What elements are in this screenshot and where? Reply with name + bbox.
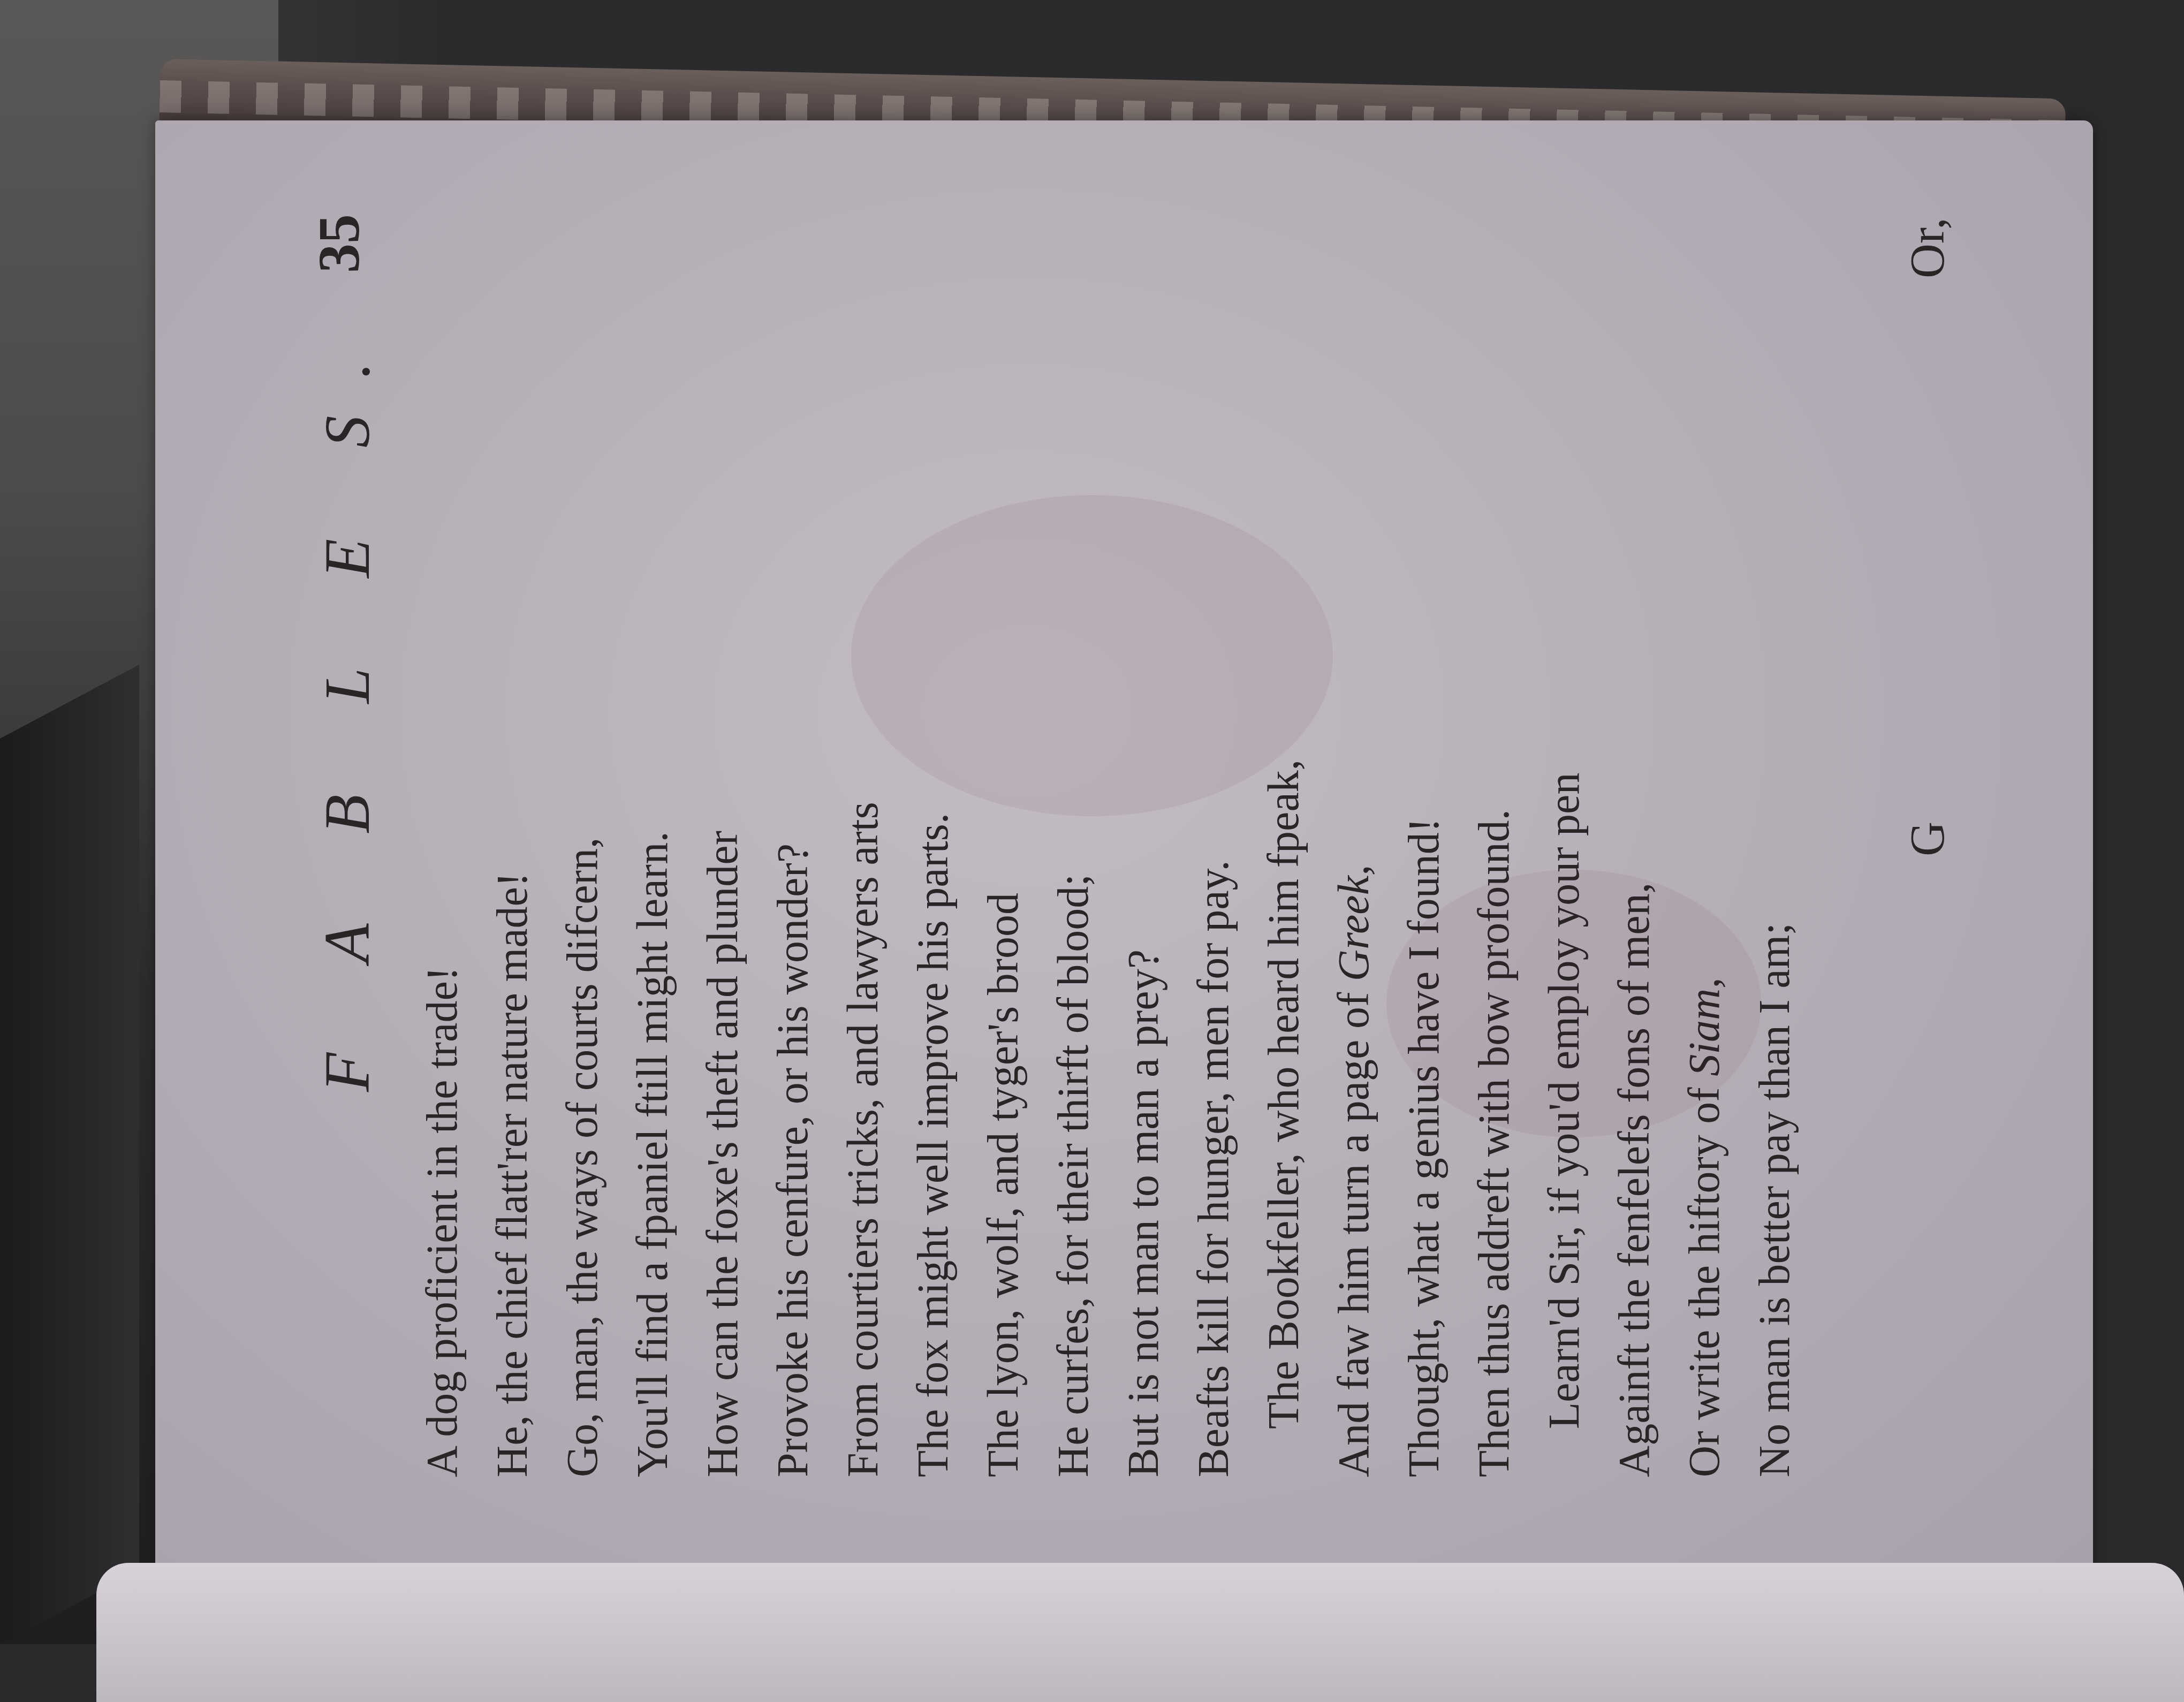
verse-line: Againft the fenfelefs fons of men,	[1599, 759, 1669, 1477]
shelf-shadow	[0, 665, 139, 1644]
verse-line: He, the chief flatt'rer nature made!	[477, 759, 547, 1477]
signature-mark: G	[1900, 822, 1955, 856]
verse-line: The lyon, wolf, and tyger's brood	[968, 759, 1038, 1477]
verse-line: You'll find a fpaniel ftill might learn.	[617, 759, 687, 1477]
verse-line: Or write the hiftory of Siam,	[1669, 759, 1739, 1477]
verse-line: But is not man to man a prey?	[1108, 759, 1178, 1477]
verse-line: Then thus addreft with bow profound.	[1459, 759, 1529, 1477]
verse-line: A dog proficient in the trade!	[407, 759, 477, 1477]
verse-line: Provoke his cenfure, or his wonder?	[757, 759, 828, 1477]
photo-background: F A B L E S. 35 A dog proficient in the …	[0, 0, 2184, 1644]
verse-line: Go, man, the ways of courts difcern,	[547, 759, 617, 1477]
verse-line: He curfes, for their thirft of blood;	[1038, 759, 1108, 1477]
verse-lines: A dog proficient in the trade! He, the c…	[407, 759, 1809, 1477]
verse-line: Thought, what a genius have I found!	[1389, 759, 1459, 1477]
running-title: F A B L E S.	[310, 325, 384, 1092]
running-head: F A B L E S. 35	[300, 139, 391, 1477]
facing-page-edge	[96, 1563, 2184, 1644]
verse-line: Beafts kill for hunger, men for pay.	[1178, 759, 1248, 1477]
verse-line: And faw him turn a page of Greek,	[1318, 759, 1389, 1477]
verse-line: Learn'd Sir, if you'd employ your pen	[1529, 759, 1599, 1477]
page-number: 35	[305, 214, 373, 273]
verse-line: The fox might well improve his parts.	[898, 759, 968, 1477]
printed-text-block: F A B L E S. 35 A dog proficient in the …	[300, 139, 1906, 1477]
verse-line: How can the foxe's theft and plunder	[687, 759, 757, 1477]
catchword: Or,	[1900, 217, 1955, 278]
verse-line: From courtiers tricks, and lawyers arts	[828, 759, 898, 1477]
verse-line: The Bookfeller, who heard him fpeak,	[1248, 759, 1318, 1477]
verse-line: No man is better pay than I am;	[1739, 759, 1809, 1477]
